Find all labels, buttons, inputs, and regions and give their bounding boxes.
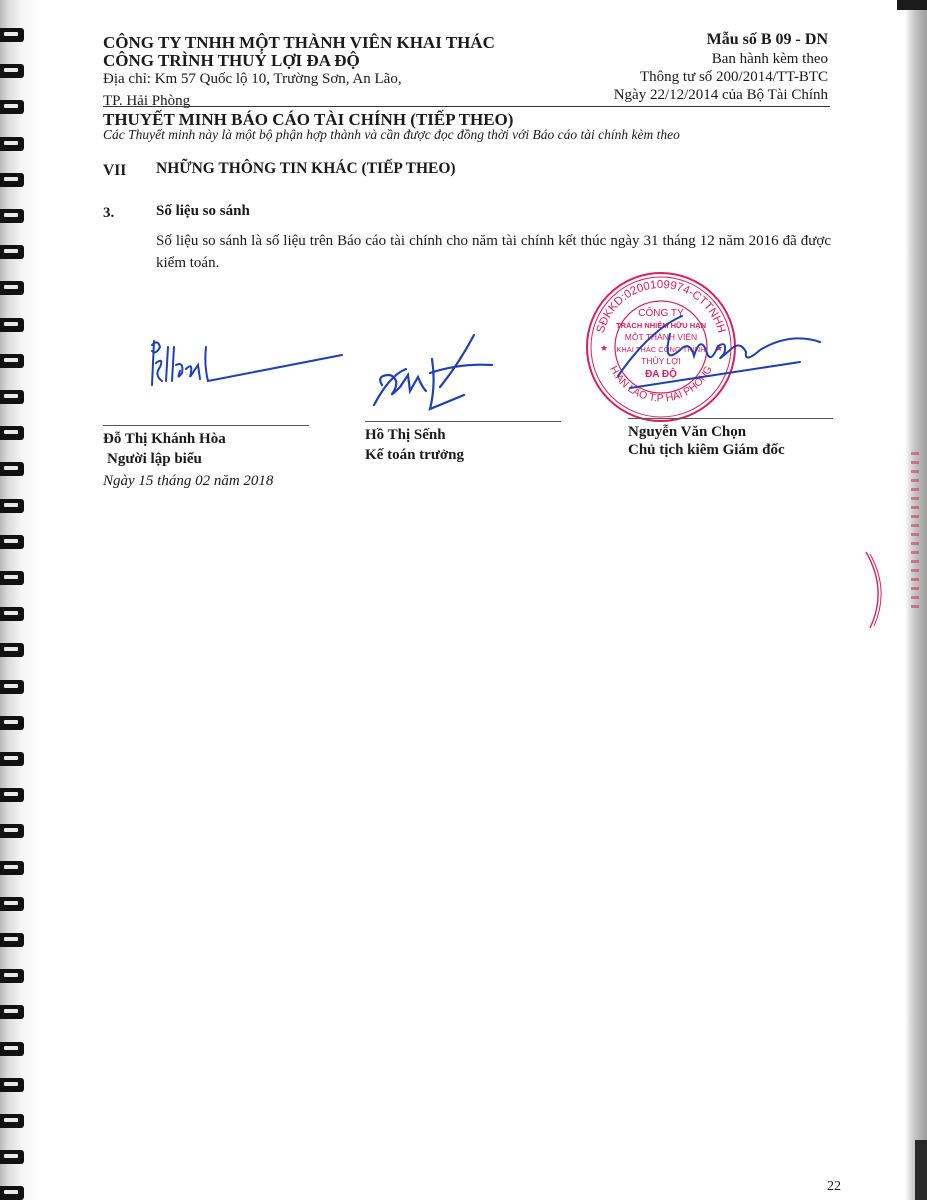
stamp-arc-bleed	[862, 550, 892, 630]
binding-ring	[0, 535, 24, 549]
document-subtitle: Các Thuyết minh này là một bộ phận hợp t…	[103, 127, 680, 143]
stamp-bleed-through	[911, 452, 919, 612]
binding-ring	[0, 28, 24, 42]
binding-ring	[0, 1078, 24, 1092]
binding-ring	[0, 1150, 24, 1164]
page-number: 22	[827, 1179, 841, 1195]
page-edge-top	[897, 0, 927, 10]
binding-ring	[0, 318, 24, 332]
section-title: NHỮNG THÔNG TIN KHÁC (TIẾP THEO)	[156, 160, 456, 178]
sign-date: Ngày 15 tháng 02 năm 2018	[103, 473, 273, 490]
header-divider	[103, 106, 830, 107]
binding-ring	[0, 933, 24, 947]
binding-ring	[0, 137, 24, 151]
binding-ring	[0, 824, 24, 838]
binding-ring	[0, 861, 24, 875]
chief-accountant-name: Hồ Thị Sếnh	[365, 427, 446, 444]
binding-ring	[0, 245, 24, 259]
binding-ring	[0, 897, 24, 911]
signature-line-chief-accountant	[365, 421, 561, 422]
binding-ring	[0, 607, 24, 621]
director-role: Chủ tịch kiêm Giám đốc	[628, 442, 785, 459]
signature-preparer	[146, 335, 346, 395]
binding-ring	[0, 969, 24, 983]
binding-ring	[0, 64, 24, 78]
signature-chief-accountant	[370, 335, 500, 415]
binding-ring	[0, 100, 24, 114]
binding-ring	[0, 462, 24, 476]
form-code: Mẫu số B 09 - DN	[707, 31, 828, 49]
company-address-line1: Địa chỉ: Km 57 Quốc lộ 10, Trường Sơn, A…	[103, 71, 402, 88]
circular-date: Ngày 22/12/2014 của Bộ Tài Chính	[614, 87, 828, 104]
binding-ring	[0, 426, 24, 440]
signature-director	[610, 310, 840, 400]
binding-ring	[0, 680, 24, 694]
binding-ring	[0, 788, 24, 802]
binding-ring	[0, 354, 24, 368]
binding-ring	[0, 752, 24, 766]
company-name-line1: CÔNG TY TNHH MỘT THÀNH VIÊN KHAI THÁC	[103, 33, 495, 53]
item-paragraph: Số liệu so sánh là số liệu trên Báo cáo …	[156, 230, 831, 274]
circular-number: Thông tư số 200/2014/TT-BTC	[640, 69, 828, 86]
item-number: 3.	[103, 205, 114, 222]
binding-ring	[0, 1114, 24, 1128]
director-name: Nguyễn Văn Chọn	[628, 424, 746, 441]
binding-ring	[0, 643, 24, 657]
signature-line-director	[628, 418, 833, 419]
item-title: Số liệu so sánh	[156, 203, 250, 220]
signature-line-preparer	[103, 425, 309, 426]
binding-ring	[0, 1005, 24, 1019]
binding-ring	[0, 499, 24, 513]
binding-ring	[0, 173, 24, 187]
binding-ring	[0, 571, 24, 585]
binding-ring	[0, 1042, 24, 1056]
chief-accountant-role: Kế toán trưởng	[365, 447, 464, 464]
binding-ring	[0, 716, 24, 730]
company-name-line2: CÔNG TRÌNH THUỶ LỢI ĐA ĐỘ	[103, 51, 360, 71]
company-address-line2: TP. Hải Phòng	[103, 93, 190, 110]
page-edge-bottom	[915, 1140, 927, 1200]
preparer-role: Người lập biểu	[107, 451, 202, 468]
svg-text:★: ★	[600, 343, 608, 353]
section-number: VII	[103, 162, 126, 180]
binding-ring	[0, 1186, 24, 1200]
issued-with: Ban hành kèm theo	[712, 51, 828, 68]
preparer-name: Đỗ Thị Khánh Hòa	[103, 431, 226, 448]
binding-ring	[0, 209, 24, 223]
binding-ring	[0, 281, 24, 295]
binding-ring	[0, 390, 24, 404]
